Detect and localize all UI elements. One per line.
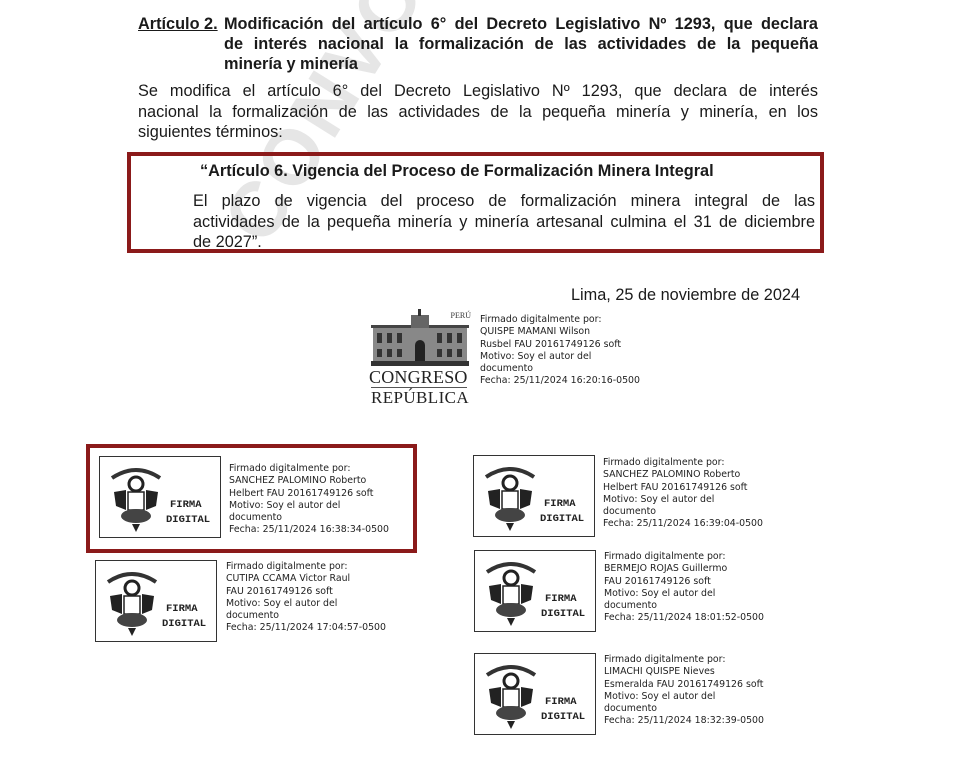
firma-digital-stamp: FIRMA DIGITAL	[474, 550, 596, 632]
signature-line: Firmado digitalmente por:	[604, 654, 764, 666]
congreso-logo: PERÚ CONGRESO REPÚBLICA	[369, 309, 471, 409]
signature-line: documento	[604, 600, 764, 612]
article-label: Artículo 2.	[138, 14, 218, 34]
signature-quispe: Firmado digitalmente por: QUISPE MAMANI …	[480, 314, 640, 388]
logo-congreso-label: CONGRESO	[369, 367, 468, 388]
signature-line: Motivo: Soy el autor del	[480, 351, 640, 363]
signature-line: documento	[226, 610, 386, 622]
stamp-firma-label: FIRMA	[166, 603, 198, 615]
signer-name: CUTIPA CCAMA Victor Raul	[226, 573, 386, 585]
highlight-line: El plazo de vigencia del proceso de form…	[193, 191, 815, 212]
article-title-line: Modificación del artículo 6° del Decreto…	[224, 14, 818, 34]
stamp-digital-label: DIGITAL	[541, 711, 585, 723]
intro-line: siguientes términos:	[138, 122, 818, 143]
signature-line: Helbert FAU 20161749126 soft	[603, 482, 763, 494]
stamp-firma-label: FIRMA	[545, 696, 577, 708]
signature-date: Fecha: 25/11/2024 16:39:04-0500	[603, 518, 763, 530]
signature-sanchez-left: Firmado digitalmente por: SANCHEZ PALOMI…	[229, 463, 389, 537]
coat-of-arms-icon	[106, 462, 166, 534]
signature-cutipa: Firmado digitalmente por: CUTIPA CCAMA V…	[226, 561, 386, 635]
signature-line: Firmado digitalmente por:	[604, 551, 764, 563]
signature-date: Fecha: 25/11/2024 18:01:52-0500	[604, 612, 764, 624]
stamp-digital-label: DIGITAL	[166, 514, 210, 526]
highlight-body: El plazo de vigencia del proceso de form…	[193, 191, 815, 253]
logo-peru-label: PERÚ	[451, 311, 471, 320]
signature-line: documento	[604, 703, 764, 715]
signature-line: documento	[480, 363, 640, 375]
signer-name: LIMACHI QUISPE Nieves	[604, 666, 764, 678]
coat-of-arms-icon	[481, 556, 541, 628]
article-intro: Se modifica el artículo 6° del Decreto L…	[138, 81, 818, 143]
signature-bermejo: Firmado digitalmente por: BERMEJO ROJAS …	[604, 551, 764, 625]
signature-line: Firmado digitalmente por:	[226, 561, 386, 573]
firma-digital-stamp: FIRMA DIGITAL	[99, 456, 221, 538]
stamp-digital-label: DIGITAL	[162, 618, 206, 630]
signature-line: documento	[603, 506, 763, 518]
signature-line: Rusbel FAU 20161749126 soft	[480, 339, 640, 351]
signature-line: Motivo: Soy el autor del	[604, 588, 764, 600]
signature-line: Motivo: Soy el autor del	[226, 598, 386, 610]
signer-name: SANCHEZ PALOMINO Roberto	[603, 469, 763, 481]
highlight-title: “Artículo 6. Vigencia del Proceso de For…	[200, 162, 714, 181]
stamp-digital-label: DIGITAL	[541, 608, 585, 620]
firma-digital-stamp: FIRMA DIGITAL	[473, 455, 595, 537]
signature-limachi: Firmado digitalmente por: LIMACHI QUISPE…	[604, 654, 764, 728]
signature-line: FAU 20161749126 soft	[226, 586, 386, 598]
coat-of-arms-icon	[102, 566, 162, 638]
date-line: Lima, 25 de noviembre de 2024	[571, 286, 800, 305]
signature-line: Firmado digitalmente por:	[229, 463, 389, 475]
intro-line: nacional la formalización de las activid…	[138, 102, 818, 123]
article-title-line: minería y minería	[224, 54, 818, 74]
firma-digital-stamp: FIRMA DIGITAL	[474, 653, 596, 735]
signature-line: Motivo: Soy el autor del	[229, 500, 389, 512]
signature-date: Fecha: 25/11/2024 18:32:39-0500	[604, 715, 764, 727]
signature-date: Fecha: 25/11/2024 16:38:34-0500	[229, 524, 389, 536]
signature-sanchez-right: Firmado digitalmente por: SANCHEZ PALOMI…	[603, 457, 763, 531]
signature-line: FAU 20161749126 soft	[604, 576, 764, 588]
signature-line: Helbert FAU 20161749126 soft	[229, 488, 389, 500]
signature-line: Esmeralda FAU 20161749126 soft	[604, 679, 764, 691]
signer-name: SANCHEZ PALOMINO Roberto	[229, 475, 389, 487]
signer-name: BERMEJO ROJAS Guillermo	[604, 563, 764, 575]
stamp-firma-label: FIRMA	[544, 498, 576, 510]
signature-date: Fecha: 25/11/2024 17:04:57-0500	[226, 622, 386, 634]
article-title: Modificación del artículo 6° del Decreto…	[224, 14, 818, 74]
signature-line: Firmado digitalmente por:	[480, 314, 640, 326]
coat-of-arms-icon	[480, 461, 540, 533]
signer-name: QUISPE MAMANI Wilson	[480, 326, 640, 338]
stamp-digital-label: DIGITAL	[540, 513, 584, 525]
firma-digital-stamp: FIRMA DIGITAL	[95, 560, 217, 642]
article-title-line: de interés nacional la formalización de …	[224, 34, 818, 54]
stamp-firma-label: FIRMA	[170, 499, 202, 511]
highlight-line: de 2027”.	[193, 232, 815, 253]
logo-republica-label: REPÚBLICA	[371, 388, 469, 408]
signature-line: documento	[229, 512, 389, 524]
signature-line: Motivo: Soy el autor del	[603, 494, 763, 506]
intro-line: Se modifica el artículo 6° del Decreto L…	[138, 81, 818, 102]
stamp-firma-label: FIRMA	[545, 593, 577, 605]
coat-of-arms-icon	[481, 659, 541, 731]
signature-line: Firmado digitalmente por:	[603, 457, 763, 469]
signature-line: Motivo: Soy el autor del	[604, 691, 764, 703]
signature-date: Fecha: 25/11/2024 16:20:16-0500	[480, 375, 640, 387]
highlight-line: actividades de la pequeña minería y mine…	[193, 212, 815, 233]
